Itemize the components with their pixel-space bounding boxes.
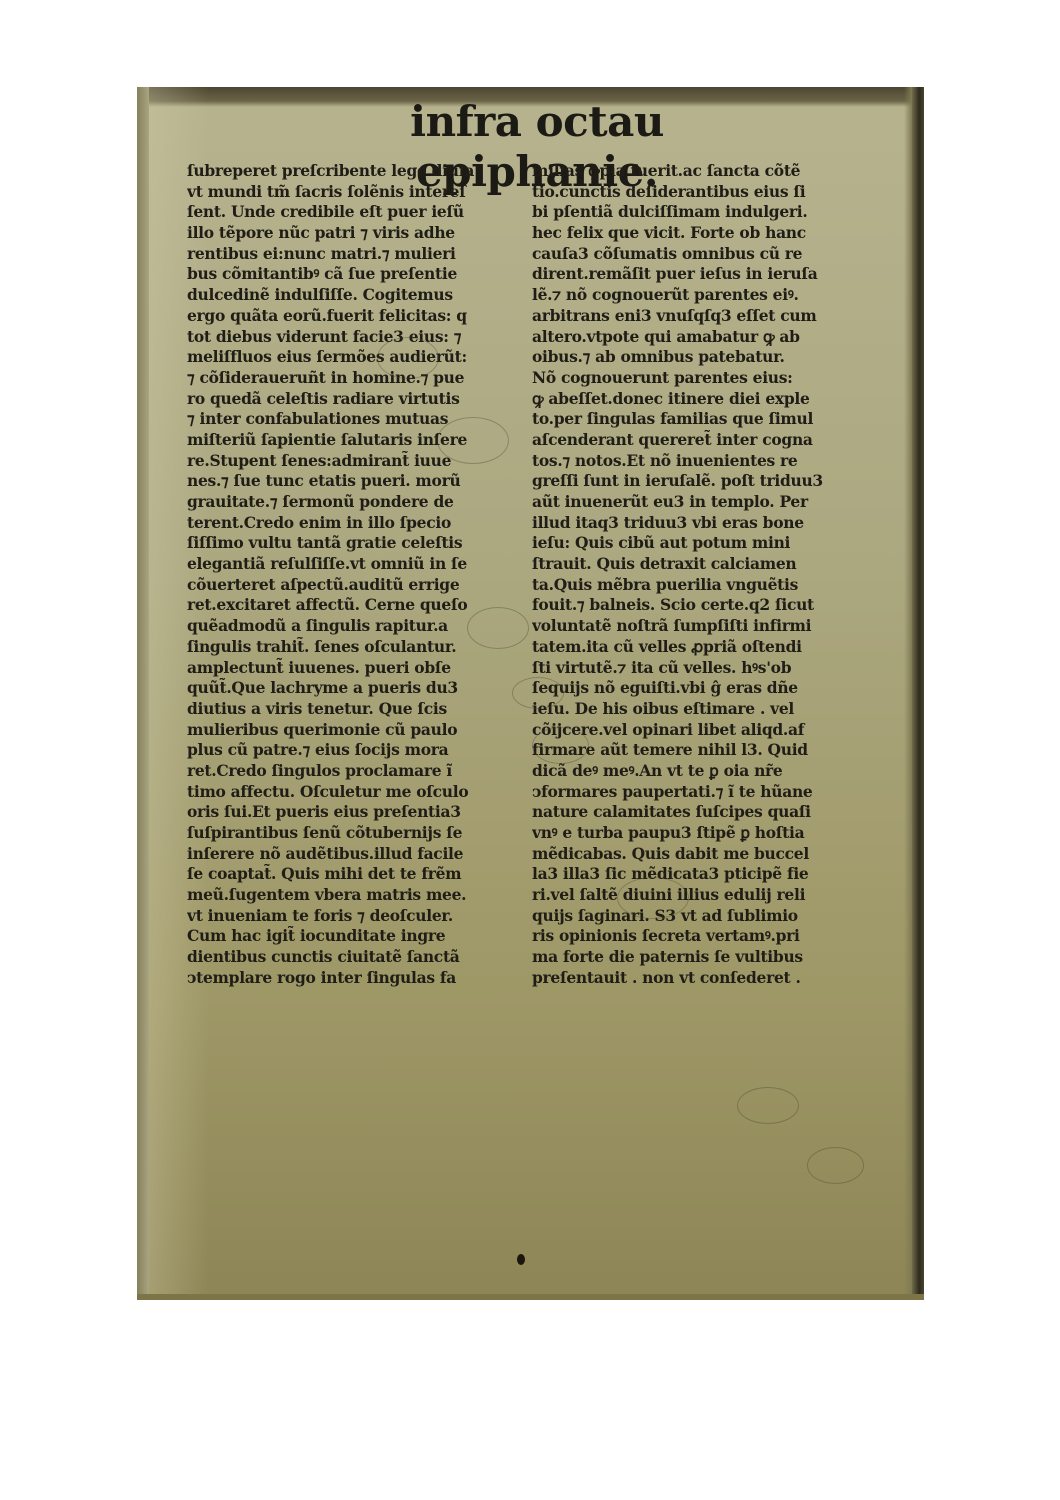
text-line: vt mundi tm̃ ſacris ſolẽnis intereſ [187,182,522,203]
text-line: milias ꝙ̃pia fuerit.ac ſancta cõtẽ [532,161,877,182]
watermark-flourish [437,417,509,464]
text-line: nature calamitates ſuſcipes quaſi [532,802,877,823]
watermark-flourish [617,877,689,919]
text-line: diutius a viris tenetur. Que ſcis [187,699,522,720]
text-line: ſtrauit. Quis detraxit calciamen [532,554,877,575]
text-line: elegantiã reſulſiſſe.vt omniũ in ſe [187,554,522,575]
text-line: ſiſſimo vultu tantã gratie celeſtis [187,533,522,554]
text-line: Cum hac igit̃ iocunditate ingre [187,926,522,947]
text-line: timo affectu. Oſculetur me oſculo [187,782,522,803]
text-line: ſti virtutẽ.⁊ ita cũ velles. hꝰs'ob [532,658,877,679]
text-line: meũ.ſugentem vbera matris mee. [187,885,522,906]
text-line: ret.Credo ſingulos proclamare ĩ [187,761,522,782]
text-line: ri.vel ſaltẽ diuini illius edulij reli [532,885,877,906]
text-line: nes.⁊ ſue tunc etatis pueri. morũ [187,471,522,492]
text-column-right: milias ꝙ̃pia fuerit.ac ſancta cõtẽtio.cu… [532,161,877,989]
text-line: tatem.ita cũ velles ꝓpriã oſtendi [532,637,877,658]
text-line: mulieribus querimonie cũ paulo [187,720,522,741]
text-line: greſſi ſunt in ieruſalẽ. poſt triduu3 [532,471,877,492]
text-line: mẽdicabas. Quis dabit me buccel [532,844,877,865]
text-line: ⁊ cõſideraueruñt in homine.⁊ pue [187,368,522,389]
binding-edge-left [137,87,149,1300]
text-line: preſentauit . non vt conſederet . [532,968,877,989]
text-line: oris ſui.Et pueris eius preſentia3 [187,802,522,823]
text-line: bi pſentiã dulciſſimam indulgeri. [532,202,877,223]
text-line: ro quedã celeſtis radiare virtutis [187,389,522,410]
text-line: vt inueniam te foris ⁊ deoſculer. [187,906,522,927]
page-edge-bottom [137,1294,924,1300]
text-line: ↄformares paupertati.⁊ ĩ te hũane [532,782,877,803]
text-line: ieſu: Quis cibũ aut potum mini [532,533,877,554]
text-line: Nõ cognouerunt parentes eius: [532,368,877,389]
text-line: plus cũ patre.⁊ eius ſocijs mora [187,740,522,761]
text-line: dicã deꝰ meꝰ.An vt te ꝑ oia nr̃e [532,761,877,782]
text-line: ſent. Unde credibile eſt puer ieſũ [187,202,522,223]
watermark-flourish [512,677,564,709]
text-line: quũt̃.Que lachryme a pueris du3 [187,678,522,699]
watermark-flourish [467,607,529,649]
watermark-flourish [737,1087,799,1124]
page-edge-shadow [904,87,912,1300]
text-column-left: ſubreperet preſcribente lege diuiavt mun… [187,161,522,989]
text-line: aſcenderant quereret̃ inter cogna [532,430,877,451]
text-line: ta.Quis mẽbra puerilia vnguẽtis [532,575,877,596]
text-line: tio.cunctis deſiderantibus eius ſi [532,182,877,203]
text-line: terent.Credo enim in illo ſpecio [187,513,522,534]
text-line: inſerere nõ audẽtibus.illud facile [187,844,522,865]
text-line: vnꝰ e turba paupu3 ſtipẽ ꝑ hoſtia [532,823,877,844]
text-line: illud itaq3 triduu3 vbi eras bone [532,513,877,534]
text-line: la3 illa3 ſic mẽdicata3 pticipẽ fie [532,864,877,885]
text-line: voluntatẽ noſtrã ſumpſiſti infirmi [532,616,877,637]
page-edge-right [912,87,924,1300]
text-line: fouit.⁊ balneis. Scio certe.q2 ſicut [532,595,877,616]
text-line: altero.vtpote qui amabatur ꝙ ab [532,327,877,348]
text-line: ꝙ abeſſet.donec itinere diei exple [532,389,877,410]
text-line: ſequijs nõ eguiſti.vbi ĝ eras dñe [532,678,877,699]
text-line: rentibus ei:nunc matri.⁊ mulieri [187,244,522,265]
text-line: ſubreperet preſcribente lege diuia [187,161,522,182]
text-line: ieſu. De his oibus eſtimare . vel [532,699,877,720]
text-line: quijs ſaginari. S3 vt ad ſublimio [532,906,877,927]
text-line: grauitate.⁊ ſermonũ pondere de [187,492,522,513]
text-line: amplectunt̃ iuuenes. pueri obſe [187,658,522,679]
text-line: meliſfluos eius ſermões audierũt: [187,347,522,368]
text-line: dirent.remãſit puer ieſus in ieruſa [532,264,877,285]
text-line: lẽ.⁊ nõ cognouerũt parentes eiꝰ. [532,285,877,306]
text-line: aũt inuenerũt eu3 in templo. Per [532,492,877,513]
text-line: hec felix que vicit. Forte ob hanc [532,223,877,244]
signature-mark [517,1254,525,1265]
text-line: illo tẽpore nũc patri ⁊ viris adhe [187,223,522,244]
text-line: ↄtemplare rogo inter ſingulas fa [187,968,522,989]
watermark-flourish [377,337,439,379]
text-line: cõuerteret aſpectũ.auditũ errige [187,575,522,596]
text-line: dulcedinẽ indulſiſſe. Cogitemus [187,285,522,306]
text-line: to.per ſingulas familias que ſimul [532,409,877,430]
text-line: ergo quãta eorũ.fuerit felicitas: q [187,306,522,327]
text-line: ret.excitaret affectũ. Cerne queſo [187,595,522,616]
text-line: ſe coaptat̃. Quis mihi det te frẽm [187,864,522,885]
text-line: cauſa3 cõſumatis omnibus cũ re [532,244,877,265]
text-line: arbitrans eni3 vnuſqſq3 eſſet cum [532,306,877,327]
text-line: oibus.⁊ ab omnibus patebatur. [532,347,877,368]
text-line: ſuſpirantibus ſenũ cõtubernijs ſe [187,823,522,844]
text-line: ris opinionis ſecreta vertamꝰ.pri [532,926,877,947]
watermark-flourish [532,727,589,764]
text-line: tot diebus viderunt facie3 eius: ⁊ [187,327,522,348]
text-line: tos.⁊ notos.Et nõ inuenientes re [532,451,877,472]
manuscript-page-scan: infra octau epiphanie. ſubreperet preſcr… [137,87,924,1300]
watermark-flourish [807,1147,864,1184]
text-line: ma forte die paternis ſe vultibus [532,947,877,968]
text-line: dientibus cunctis ciuitatẽ ſanctã [187,947,522,968]
text-line: bus cõmitantibꝰ cã ſue preſentie [187,264,522,285]
